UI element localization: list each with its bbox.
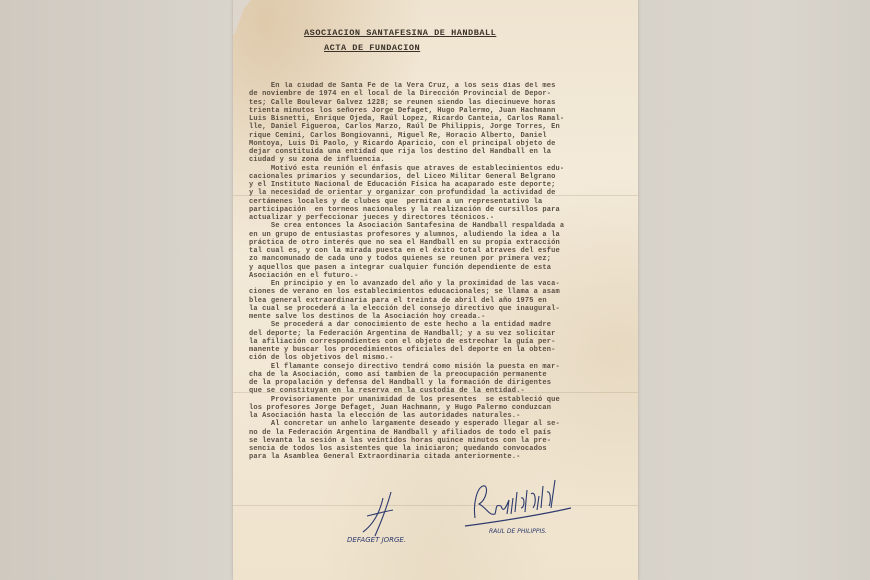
document-line: Montoya, Luis Di Paolo, y Ricardo Aparic… (249, 140, 627, 148)
document-line: Se crea entonces la Asociación Santafesi… (249, 222, 627, 230)
document-line: y el Instituto Nacional de Educación Fís… (249, 181, 627, 189)
document-line: de la propalación y defensa del Handball… (249, 379, 627, 387)
document-line: para la Asamblea General Extraordinaria … (249, 453, 627, 461)
torn-corner (233, 0, 251, 34)
document-line: práctica de otro interés que no sea el H… (249, 239, 627, 247)
document-line: rique Cemini, Carlos Bongiovanni, Miguel… (249, 132, 627, 140)
document-body: En la ciudad de Santa Fe de la Vera Cruz… (249, 82, 627, 462)
document-line: la afiliación correspondientes con el ob… (249, 338, 627, 346)
document-line: zo mancomunado de cada uno y todos quien… (249, 255, 627, 263)
document-line: Provisoriamente por unanimidad de los pr… (249, 396, 627, 404)
document-line: certámenes locales y de clubes que permi… (249, 198, 627, 206)
document-line: blea general extraordinaria para el trei… (249, 297, 627, 305)
document-line: la Asociación hasta la elección de las a… (249, 412, 627, 420)
document-line: trienta minutos los señores Jorge Defage… (249, 107, 627, 115)
document-line: Luis Bisnetti, Enrique Ojeda, Raúl Lopez… (249, 115, 627, 123)
document-line: tal cual es, y con la mirada puesta en e… (249, 247, 627, 255)
signature-area: DEFAGET JORGE. RAUL DE PHILIPPIS. (233, 478, 638, 558)
document-line: cha de la Asociación, como así tambien d… (249, 371, 627, 379)
printed-name-de-philippis: RAUL DE PHILIPPIS. (489, 528, 547, 535)
document-line: En la ciudad de Santa Fe de la Vera Cruz… (249, 82, 627, 90)
document-line: la cual se procederá a la elección del c… (249, 305, 627, 313)
founding-act-document: ASOCIACION SANTAFESINA DE HANDBALL ACTA … (233, 0, 638, 580)
document-line: se levanta la sesión a las veintidos hor… (249, 437, 627, 445)
document-line: manente y buscar los procedimientos ofic… (249, 346, 627, 354)
document-line: dejar constituida una entidad que rija l… (249, 148, 627, 156)
document-line: El flamante consejo directivo tendrá com… (249, 363, 627, 371)
document-line: que se constituyan en la reserva en la c… (249, 387, 627, 395)
background-left (0, 0, 233, 580)
background-right (638, 0, 870, 580)
document-line: ciudad y su zona de influencia. (249, 156, 627, 164)
document-line: En principio y en lo avanzado del año y … (249, 280, 627, 288)
document-line: ciones de verano en los establecimientos… (249, 288, 627, 296)
document-line: Al concretar un anhelo largamente desead… (249, 420, 627, 428)
document-line: en un grupo de entusiastas profesores y … (249, 231, 627, 239)
document-heading: ASOCIACION SANTAFESINA DE HANDBALL (304, 28, 709, 38)
document-line: Asociación en el futuro.- (249, 272, 627, 280)
document-line: tes; Calle Boulevar Galvez 1228; se reun… (249, 99, 627, 107)
document-line: no de la Federación Argentina de Handbal… (249, 429, 627, 437)
document-line: lle, Daniel Figueroa, Carlos Marzo, Raúl… (249, 123, 627, 131)
document-subheading: ACTA DE FUNDACION (324, 43, 729, 53)
document-line: mente salve los destinos de la Asociació… (249, 313, 627, 321)
document-line: de noviembre de 1974 en el local de la D… (249, 90, 627, 98)
printed-name-defaget: DEFAGET JORGE. (347, 536, 406, 544)
document-line: cacionales primarios y secundarios, del … (249, 173, 627, 181)
document-line: Se procederá a dar conocimiento de este … (249, 321, 627, 329)
document-line: y aquellos que pasen a integrar cualquie… (249, 264, 627, 272)
document-line: y la necesidad de orientar y organizar c… (249, 189, 627, 197)
document-line: del deporte; la Federación Argentina de … (249, 330, 627, 338)
document-line: actualizar y perfeccionar jueces y direc… (249, 214, 627, 222)
document-line: los profesores Jorge Defaget, Juan Hachm… (249, 404, 627, 412)
document-line: Motivó esta reunión el énfasis que atrav… (249, 165, 627, 173)
document-line: sencia de todos los asistentes que la in… (249, 445, 627, 453)
document-line: ción de los objetivos del mismo.- (249, 354, 627, 362)
document-line: participación en torneos nacionales y la… (249, 206, 627, 214)
